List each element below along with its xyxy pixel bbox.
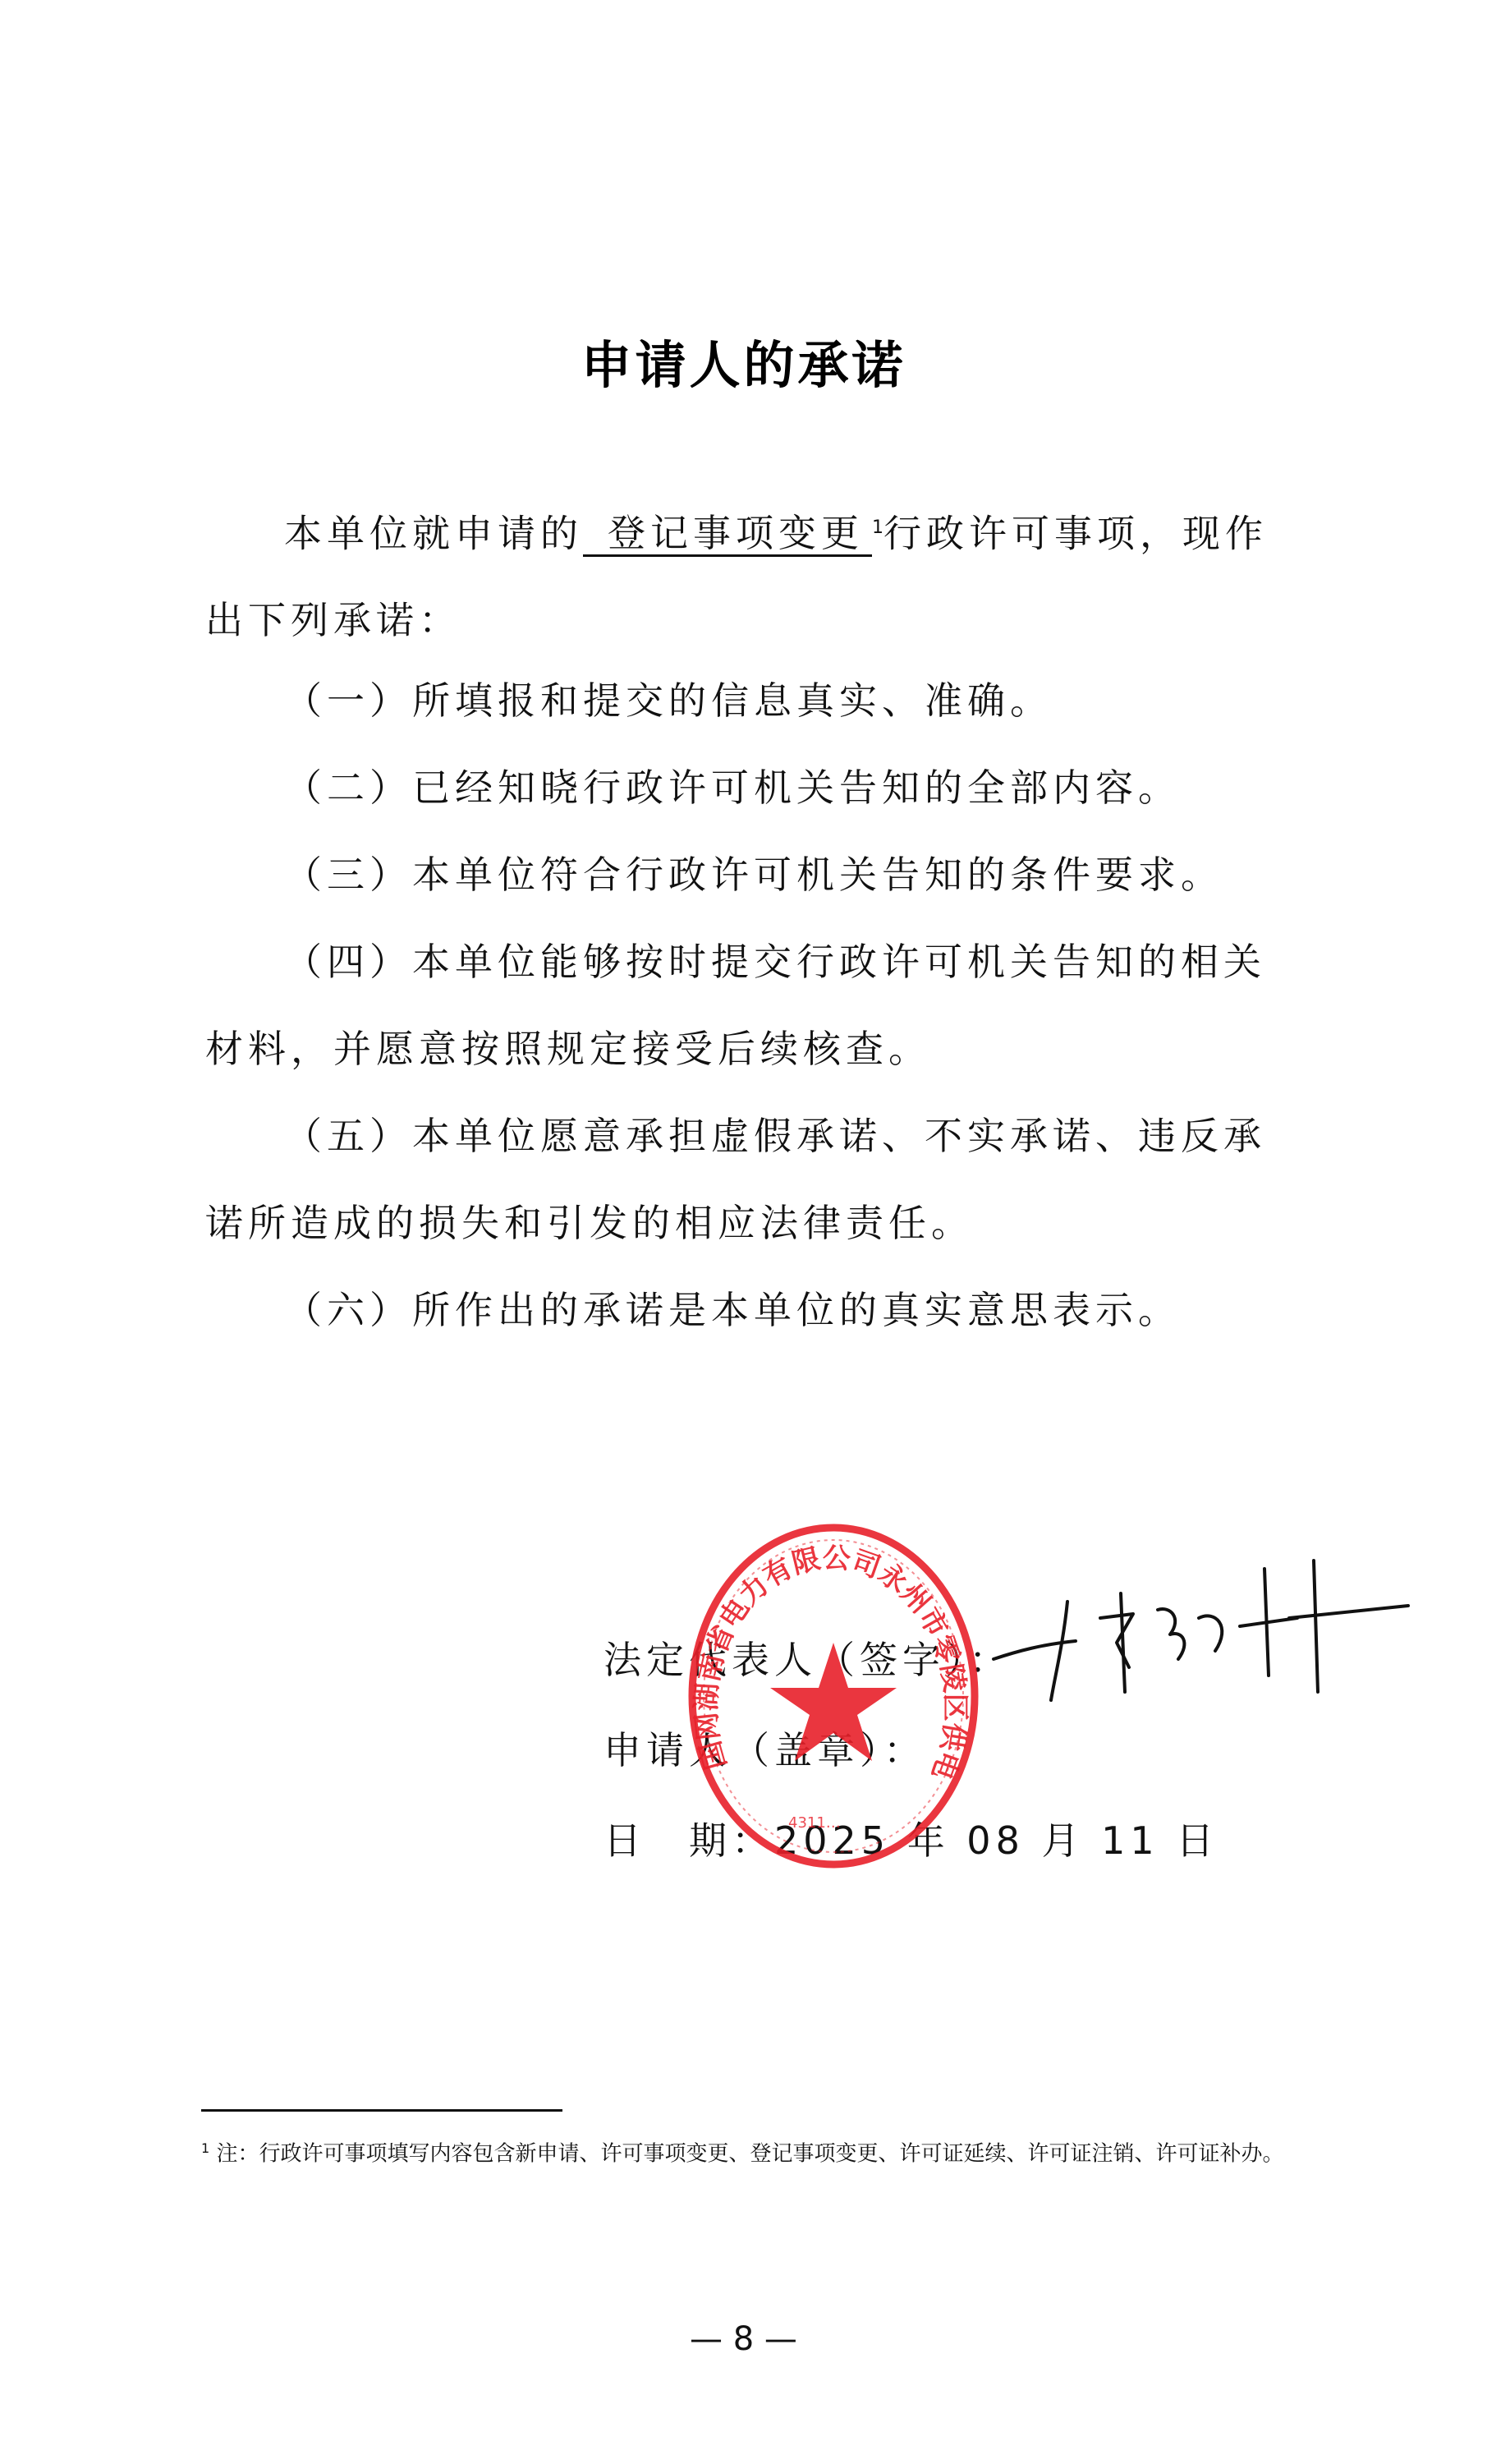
commitment-item: （二）已经知晓行政许可机关告知的全部内容。 [205, 744, 1306, 831]
commitment-label: （六） [284, 1288, 412, 1332]
intro-paragraph: 本单位就申请的登记事项变更1行政许可事项，现作出下列承诺： [205, 485, 1306, 664]
handwritten-signature-icon [985, 1536, 1412, 1725]
commitment-text: 所填报和提交的信息真实、准确。 [412, 678, 1053, 723]
official-seal-icon: 国网湖南省电力有限公司永州市零陵区供电分公司 4311… [682, 1519, 985, 1873]
commitment-item: （四）本单位能够按时提交行政许可机关告知的相关材料，并愿意按照规定接受后续核查。 [205, 918, 1306, 1092]
page-number: — 8 — [0, 2320, 1487, 2358]
commitment-label: （五） [284, 1114, 412, 1158]
commitment-label: （三） [284, 853, 412, 897]
footnote: 1 注：行政许可事项填写内容包含新申请、许可事项变更、登记事项变更、许可证延续、… [201, 2131, 1293, 2172]
commitment-item: （五）本单位愿意承担虚假承诺、不实承诺、违反承诺所造成的损失和引发的相应法律责任… [205, 1092, 1306, 1266]
svg-text:国网湖南省电力有限公司永州市零陵区供电分公司: 国网湖南省电力有限公司永州市零陵区供电分公司 [682, 1519, 971, 1784]
commitment-label: （一） [284, 678, 412, 723]
commitment-item: （六）所作出的承诺是本单位的真实意思表示。 [205, 1266, 1306, 1354]
filled-item-field: 登记事项变更 [583, 513, 872, 557]
commitment-item: （三）本单位符合行政许可机关告知的条件要求。 [205, 831, 1306, 918]
commitment-label: （二） [284, 765, 412, 810]
commitment-item: （一）所填报和提交的信息真实、准确。 [205, 657, 1306, 744]
footnote-ref: 1 [872, 517, 883, 538]
commitment-text: 本单位符合行政许可机关告知的条件要求。 [412, 853, 1223, 897]
footnote-divider [201, 2109, 562, 2112]
seal-text: 国网湖南省电力有限公司永州市零陵区供电分公司 [682, 1519, 971, 1784]
page-title: 申请人的承诺 [0, 324, 1487, 398]
seal-code: 4311… [788, 1814, 841, 1832]
footnote-text: 注：行政许可事项填写内容包含新申请、许可事项变更、登记事项变更、许可证延续、许可… [216, 2142, 1283, 2167]
footnote-marker: 1 [201, 2140, 209, 2156]
intro-prefix: 本单位就申请的 [284, 511, 583, 555]
commitment-text: 已经知晓行政许可机关告知的全部内容。 [412, 765, 1181, 810]
commitment-label: （四） [284, 940, 412, 984]
commitment-text: 所作出的承诺是本单位的真实意思表示。 [412, 1288, 1181, 1332]
